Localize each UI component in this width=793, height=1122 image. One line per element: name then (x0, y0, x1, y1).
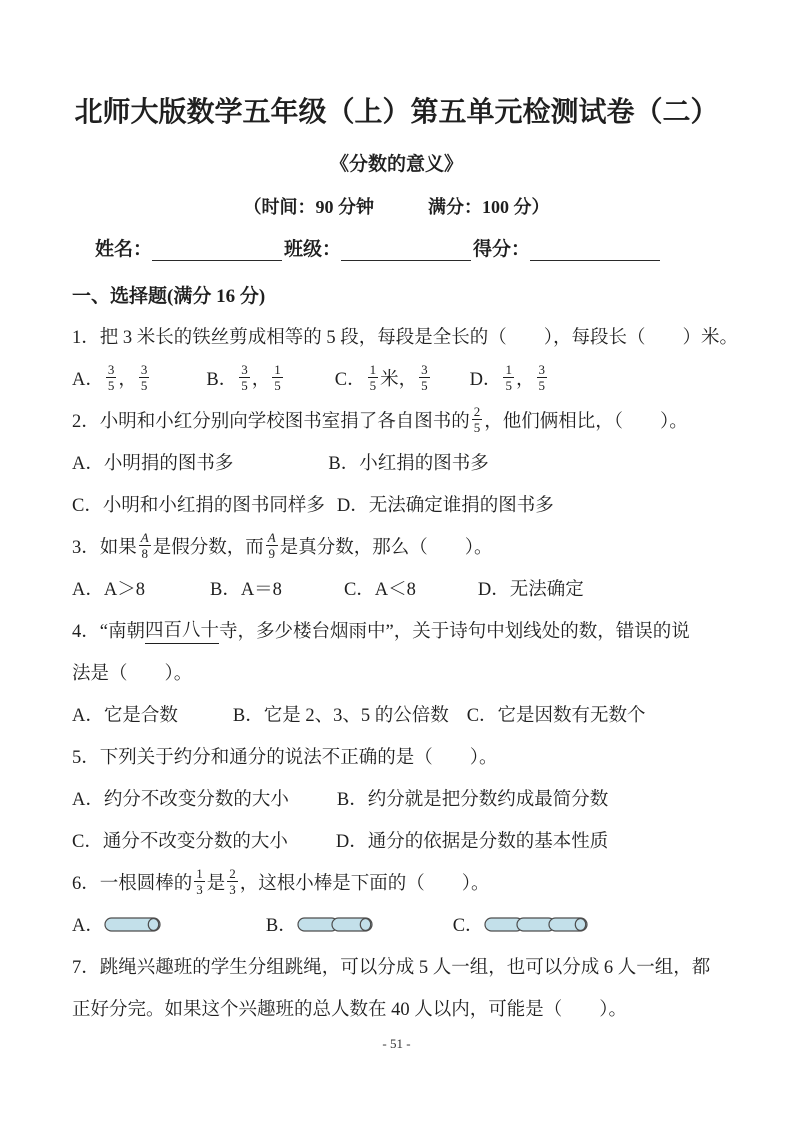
exam-sheet: { "header": { "title": "北师大版数学五年级（上）第五单元… (0, 0, 793, 1122)
fraction-numerator: 1 (503, 363, 514, 378)
exam-header: 北师大版数学五年级（上）第五单元检测试卷（二） 《分数的意义》 （时间：90 分… (0, 97, 793, 219)
fraction-numerator: 1 (272, 363, 283, 378)
text-run: ，这根小棒是下面的（ ）。 (240, 869, 490, 895)
rod-1-segment-icon (104, 916, 161, 933)
text-run: B．约分就是把分数约成最简分数 (337, 785, 608, 811)
fraction-denominator: 5 (141, 378, 148, 393)
text-run: C．它是因数有无数个 (467, 701, 646, 727)
question-6: 6．一根圆棒的13是23，这根小棒是下面的（ ）。 (72, 861, 743, 903)
text-run: 1．把 3 米长的铁丝剪成相等的 5 段，每段是全长的（ ），每段长（ ）米。 (72, 323, 738, 349)
text-run: 是 (207, 869, 226, 895)
document-body: 一、选择题(满分 16 分)1．把 3 米长的铁丝剪成相等的 5 段，每段是全长… (72, 273, 743, 1029)
fraction-numerator: 1 (194, 867, 205, 882)
fraction: 13 (194, 867, 205, 898)
fraction-numerator: A (139, 531, 151, 546)
text-run: D．无法确定谁捐的图书多 (337, 491, 554, 517)
text-run: 一、选择题(满分 16 分) (72, 281, 265, 308)
fraction: 35 (139, 363, 150, 394)
text-run: C．A＜8 (344, 575, 416, 601)
exam-page: 北师大版数学五年级（上）第五单元检测试卷（二） 《分数的意义》 （时间：90 分… (0, 0, 793, 1122)
fraction-denominator: 5 (421, 378, 428, 393)
question-2: 2．小明和小红分别向学校图书室捐了各自图书的25，他们俩相比，（ ）。 (72, 399, 743, 441)
fraction-numerator: 3 (106, 363, 117, 378)
text-run: 3．如果 (72, 533, 137, 559)
class-blank-line (341, 238, 471, 261)
question-5-options-cd: C．通分不改变分数的大小D．通分的依据是分数的基本性质 (72, 819, 743, 861)
score-label: 得分： (473, 234, 530, 261)
question-4-options: A．它是合数B．它是 2、3、5 的公倍数C．它是因数有无数个 (72, 693, 743, 735)
text-run: A．A＞8 (72, 575, 145, 601)
text-run: 6．一根圆棒的 (72, 869, 192, 895)
question-3: 3．如果A8是假分数，而A9是真分数，那么（ ）。 (72, 525, 743, 567)
question-5: 5．下列关于约分和通分的说法不正确的是（ ）。 (72, 735, 743, 777)
text-run: 寺，多少楼台烟雨中”，关于诗句中划线处的数，错误的说 (219, 617, 690, 643)
fraction: 25 (472, 405, 483, 436)
fraction: A9 (266, 531, 278, 562)
fraction-numerator: 3 (239, 363, 250, 378)
question-6-options: A．B．C． (72, 903, 743, 945)
fraction-numerator: 3 (537, 363, 548, 378)
text-run: A．它是合数 (72, 701, 178, 727)
fraction: 35 (106, 363, 117, 394)
fraction-numerator: 2 (472, 405, 483, 420)
page-subtitle: 《分数的意义》 (0, 149, 793, 176)
fraction-denominator: 5 (274, 378, 281, 393)
text-run: 2．小明和小红分别向学校图书室捐了各自图书的 (72, 407, 470, 433)
text-run: A．约分不改变分数的大小 (72, 785, 289, 811)
fraction-denominator: 5 (370, 378, 377, 393)
text-run: 米， (380, 365, 417, 391)
page-number: - 51 - (0, 1036, 793, 1052)
text-run: ， (252, 365, 271, 391)
fraction-numerator: A (266, 531, 278, 546)
text-run: B．它是 2、3、5 的公倍数 (233, 701, 449, 727)
fraction-denominator: 5 (241, 378, 248, 393)
fraction-denominator: 8 (141, 546, 148, 561)
fraction: 15 (503, 363, 514, 394)
fraction-denominator: 5 (474, 420, 481, 435)
text-run: ， (118, 365, 137, 391)
text-run: 4．“南朝 (72, 617, 145, 643)
name-row: 姓名： 班级： 得分： (72, 234, 743, 261)
question-5-options-ab: A．约分不改变分数的大小B．约分就是把分数约成最简分数 (72, 777, 743, 819)
text-run: C． (335, 365, 366, 391)
text-run: ，他们俩相比，（ ）。 (484, 407, 688, 433)
text-run: A． (72, 911, 104, 937)
underlined-text: 四百八十 (145, 616, 219, 644)
text-run: D．无法确定 (478, 575, 584, 601)
question-4-line-1: 4．“南朝四百八十寺，多少楼台烟雨中”，关于诗句中划线处的数，错误的说 (72, 609, 743, 651)
section-heading: 一、选择题(满分 16 分) (72, 273, 743, 315)
fraction: 15 (272, 363, 283, 394)
text-run: 5．下列关于约分和通分的说法不正确的是（ ）。 (72, 743, 498, 769)
fraction-denominator: 5 (108, 378, 115, 393)
question-2-options-cd: C．小明和小红捐的图书同样多D．无法确定谁捐的图书多 (72, 483, 743, 525)
fraction: 35 (537, 363, 548, 394)
text-run: 7．跳绳兴趣班的学生分组跳绳，可以分成 5 人一组，也可以分成 6 人一组，都 (72, 953, 710, 979)
text-run: D．通分的依据是分数的基本性质 (336, 827, 608, 853)
fraction: 15 (368, 363, 379, 394)
text-run: ， (516, 365, 535, 391)
question-1-options: A．35，35B．35，15C．15米，35D．15，35 (72, 357, 743, 399)
fraction-denominator: 3 (196, 882, 203, 897)
fraction-numerator: 2 (227, 867, 238, 882)
question-7-line-1: 7．跳绳兴趣班的学生分组跳绳，可以分成 5 人一组，也可以分成 6 人一组，都 (72, 945, 743, 987)
question-4-line-2: 法是（ ）。 (72, 651, 743, 693)
text-run: 是假分数，而 (153, 533, 264, 559)
fraction: A8 (139, 531, 151, 562)
text-run: C． (453, 911, 484, 937)
text-run: B．小红捐的图书多 (328, 449, 488, 475)
score-blank-line (530, 238, 660, 261)
question-1: 1．把 3 米长的铁丝剪成相等的 5 段，每段是全长的（ ），每段长（ ）米。 (72, 315, 743, 357)
exam-meta: （时间：90 分钟 满分：100 分） (0, 193, 793, 219)
text-run: B． (206, 365, 237, 391)
fraction-numerator: 3 (139, 363, 150, 378)
fraction: 35 (419, 363, 430, 394)
fraction-numerator: 3 (419, 363, 430, 378)
fraction-denominator: 5 (539, 378, 546, 393)
text-run: 正好分完。如果这个兴趣班的总人数在 40 人以内，可能是（ ）。 (72, 995, 627, 1021)
fraction: 35 (239, 363, 250, 394)
fraction-denominator: 3 (229, 882, 236, 897)
text-run: C．通分不改变分数的大小 (72, 827, 288, 853)
text-run: 法是（ ）。 (72, 659, 192, 685)
fraction-numerator: 1 (368, 363, 379, 378)
text-run: B． (266, 911, 297, 937)
text-run: D． (470, 365, 502, 391)
class-label: 班级： (284, 234, 341, 261)
fraction-denominator: 9 (268, 546, 275, 561)
fraction-denominator: 5 (505, 378, 512, 393)
text-run: 是真分数，那么（ ）。 (280, 533, 493, 559)
rod-2-segment-icon (297, 916, 373, 933)
text-run: A．小明捐的图书多 (72, 449, 233, 475)
name-blank-line (152, 238, 282, 261)
fraction: 23 (227, 867, 238, 898)
name-label: 姓名： (95, 234, 152, 261)
page-title: 北师大版数学五年级（上）第五单元检测试卷（二） (0, 97, 793, 129)
rod-3-segment-icon (484, 916, 588, 933)
question-3-options: A．A＞8B．A＝8C．A＜8D．无法确定 (72, 567, 743, 609)
text-run: A． (72, 365, 104, 391)
text-run: B．A＝8 (210, 575, 282, 601)
text-run: C．小明和小红捐的图书同样多 (72, 491, 325, 517)
question-7-line-2: 正好分完。如果这个兴趣班的总人数在 40 人以内，可能是（ ）。 (72, 987, 743, 1029)
question-2-options-ab: A．小明捐的图书多B．小红捐的图书多 (72, 441, 743, 483)
